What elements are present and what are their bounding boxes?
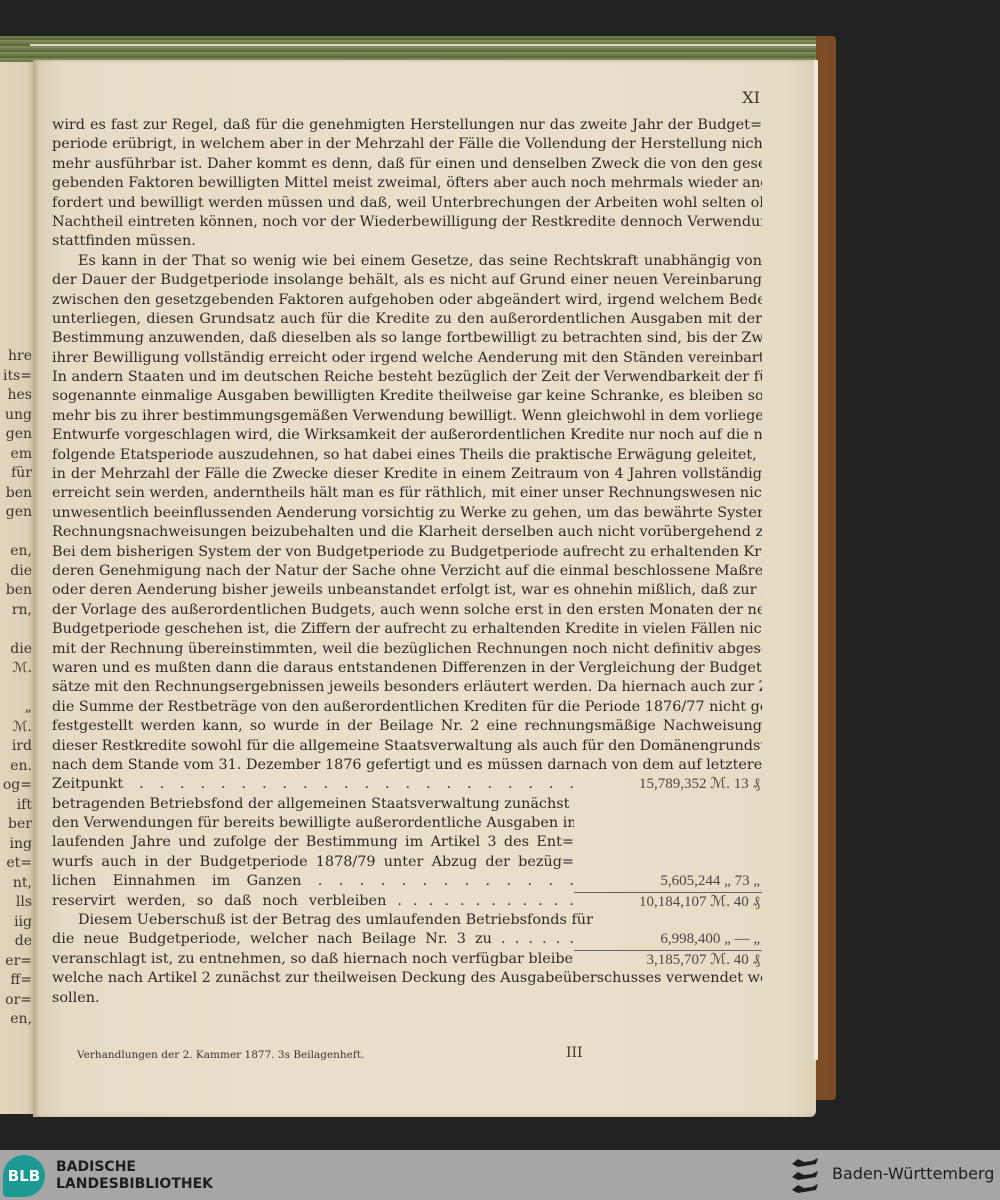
previous-page-fragment: für [0, 464, 32, 484]
previous-page-edge: hreits=hesunggenemfürbengenen,diebenrn,d… [0, 62, 34, 1114]
ledger-text: lichen Einnahmen im Ganzen . . . . . . .… [52, 872, 574, 891]
text-line: dieser Restkredite sowohl für die allgem… [52, 737, 762, 756]
previous-page-fragment [0, 620, 32, 640]
previous-page-fragment [0, 679, 32, 699]
previous-page-text: hreits=hesunggenemfürbengenen,diebenrn,d… [0, 347, 32, 1030]
previous-page-fragment: ℳ. [0, 659, 32, 679]
text-line: Entwurfe vorgeschlagen wird, die Wirksam… [52, 426, 762, 445]
ledger-row: laufenden Jahre und zufolge der Bestimmu… [52, 833, 762, 852]
edge-line [30, 44, 816, 46]
text-line: nach dem Stande vom 31. Dezember 1876 ge… [52, 756, 762, 775]
three-lions-icon[interactable] [790, 1156, 822, 1196]
ledger-row: den Verwendungen für bereits bewilligte … [52, 814, 762, 833]
previous-page-fragment: ing [0, 835, 32, 855]
text-line: In andern Staaten und im deutschen Reich… [52, 368, 762, 387]
previous-page-fragment: em [0, 445, 32, 465]
ledger-text: Diesem Ueberschuß ist der Betrag des uml… [52, 911, 600, 930]
text-line: erreicht sein werden, anderntheils hält … [52, 484, 762, 503]
previous-page-fragment: en, [0, 1010, 32, 1030]
ledger-row: lichen Einnahmen im Ganzen . . . . . . .… [52, 872, 762, 891]
scan-viewer: hreits=hesunggenemfürbengenen,diebenrn,d… [0, 0, 1000, 1150]
previous-page-fragment: en, [0, 542, 32, 562]
previous-page-fragment: iig [0, 913, 32, 933]
signature-mark: III [566, 1044, 583, 1063]
text-line: folgende Etatsperiode auszudehnen, so ha… [52, 446, 762, 465]
ledger-row: Zeitpunkt . . . . . . . . . . . . . . . … [52, 775, 762, 794]
ledger-text: laufenden Jahre und zufolge der Bestimmu… [52, 833, 574, 852]
ledger-row: wurfs auch in der Budgetperiode 1878/79 … [52, 853, 762, 872]
ledger-amount [574, 853, 762, 872]
ledger-amount [600, 911, 762, 930]
ledger-text: reservirt werden, so daß noch verbleiben… [52, 892, 574, 911]
ledger-text: Zeitpunkt . . . . . . . . . . . . . . . … [52, 775, 574, 794]
text-line: wird es fast zur Regel, daß für die gene… [52, 116, 762, 135]
previous-page-fragment: or= [0, 991, 32, 1011]
library-name[interactable]: BADISCHE LANDESBIBLIOTHEK [56, 1159, 213, 1193]
footer-note: Verhandlungen der 2. Kammer 1877. 3s Bei… [77, 1046, 364, 1065]
text-line: fordert und bewilligt werden müssen und … [52, 194, 762, 213]
state-name[interactable]: Baden-Württemberg [832, 1164, 994, 1183]
text-line: sollen. [52, 989, 762, 1008]
text-line: Rechnungsnachweisungen beizubehalten und… [52, 523, 762, 542]
page-edge [814, 60, 818, 1060]
ledger-amount [574, 795, 762, 814]
text-line: die Summe der Restbeträge von den außero… [52, 698, 762, 717]
text-line: deren Genehmigung nach der Natur der Sac… [52, 562, 762, 581]
text-line: unterliegen, diesen Grundsatz auch für d… [52, 310, 762, 329]
text-line: mehr bis zu ihrer bestimmungsgemäßen Ver… [52, 407, 762, 426]
text-line: sätze mit den Rechnungsergebnissen jewei… [52, 678, 762, 697]
text-line: der Vorlage des außerordentlichen Budget… [52, 601, 762, 620]
previous-page-fragment: ben [0, 484, 32, 504]
text-line: stattfinden müssen. [52, 232, 762, 251]
ledger-amount: 10,184,107 ℳ. 40 ₰ [574, 892, 762, 911]
previous-page-fragment: ber [0, 815, 32, 835]
text-line: zwischen den gesetzgebenden Faktoren auf… [52, 291, 762, 310]
previous-page-fragment: en. [0, 757, 32, 777]
previous-page-fragment: hre [0, 347, 32, 367]
previous-page-fragment [0, 523, 32, 543]
previous-page-fragment: ben [0, 581, 32, 601]
page-number: XI [742, 88, 760, 107]
text-line: unwesentlich beeinflussenden Aenderung v… [52, 504, 762, 523]
text-line: waren und es mußten dann die daraus ents… [52, 659, 762, 678]
previous-page-fragment: lls [0, 893, 32, 913]
text-line: ihrer Bewilligung vollständig erreicht o… [52, 349, 762, 368]
text-line: gebenden Faktoren bewilligten Mittel mei… [52, 174, 762, 193]
previous-page-fragment: og= [0, 776, 32, 796]
previous-page-fragment: ℳ. [0, 718, 32, 738]
ledger-row: veranschlagt ist, zu entnehmen, so daß h… [52, 950, 762, 969]
previous-page-fragment: et= [0, 854, 32, 874]
text-line: der Dauer der Budgetperiode insolange be… [52, 271, 762, 290]
text-line: festgestellt werden kann, so wurde in de… [52, 717, 762, 736]
previous-page-fragment: die [0, 562, 32, 582]
ledger-text: den Verwendungen für bereits bewilligte … [52, 814, 574, 833]
previous-page-fragment: hes [0, 386, 32, 406]
ledger-amount: 5,605,244 „ 73 „ [574, 872, 762, 891]
ledger-amount: 3,185,707 ℳ. 40 ₰ [574, 950, 762, 969]
ledger-amount: 15,789,352 ℳ. 13 ₰ [574, 775, 762, 794]
ledger-row: die neue Budgetperiode, welcher nach Bei… [52, 930, 762, 949]
text-line: oder deren Aenderung bisher jeweils unbe… [52, 581, 762, 600]
ledger-row: reservirt werden, so daß noch verbleiben… [52, 892, 762, 911]
previous-page-fragment: rn, [0, 601, 32, 621]
ledger-amount: 6,998,400 „ — „ [574, 930, 762, 949]
previous-page-fragment: gen [0, 503, 32, 523]
ledger-text: betragenden Betriebsfond der allgemeinen… [52, 795, 574, 814]
paragraph-lines: wird es fast zur Regel, daß für die gene… [52, 116, 762, 775]
previous-page-fragment: ung [0, 406, 32, 426]
body-text: wird es fast zur Regel, daß für die gene… [52, 116, 762, 1008]
library-name-line2: LANDESBIBLIOTHEK [56, 1176, 213, 1193]
previous-page-fragment: nt, [0, 874, 32, 894]
previous-page-fragment: ird [0, 737, 32, 757]
text-line: in der Mehrzahl der Fälle die Zwecke die… [52, 465, 762, 484]
text-line: Bestimmung anzuwenden, daß dieselben als… [52, 329, 762, 348]
previous-page-fragment: its= [0, 367, 32, 387]
ledger-text: veranschlagt ist, zu entnehmen, so daß h… [52, 950, 574, 969]
library-name-line1: BADISCHE [56, 1159, 213, 1176]
text-line: mehr ausführbar ist. Daher kommt es denn… [52, 155, 762, 174]
ledger-block: Zeitpunkt . . . . . . . . . . . . . . . … [52, 775, 762, 969]
blb-logo-icon[interactable]: BLB [3, 1155, 45, 1197]
ledger-text: wurfs auch in der Budgetperiode 1878/79 … [52, 853, 574, 872]
ledger-amount [574, 814, 762, 833]
ledger-row: Diesem Ueberschuß ist der Betrag des uml… [52, 911, 762, 930]
text-line: mit der Rechnung übereinstimmten, weil d… [52, 640, 762, 659]
ledger-row: betragenden Betriebsfond der allgemeinen… [52, 795, 762, 814]
previous-page-fragment: er= [0, 952, 32, 972]
text-line: Nachtheil eintreten können, noch vor der… [52, 213, 762, 232]
text-line: Bei dem bisherigen System der von Budget… [52, 543, 762, 562]
ledger-amount [574, 833, 762, 852]
text-line: Es kann in der That so wenig wie bei ein… [52, 252, 762, 271]
ledger-text: die neue Budgetperiode, welcher nach Bei… [52, 930, 574, 949]
footer-banner: BLB BADISCHE LANDESBIBLIOTHEK Baden-Würt… [0, 1150, 1000, 1200]
text-line: Budgetperiode geschehen ist, die Ziffern… [52, 620, 762, 639]
text-line: periode erübrigt, in welchem aber in der… [52, 135, 762, 154]
previous-page-fragment: „ [0, 698, 32, 718]
previous-page-fragment: gen [0, 425, 32, 445]
previous-page-fragment: ift [0, 796, 32, 816]
text-line: welche nach Artikel 2 zunächst zur theil… [52, 969, 762, 988]
text-line: sogenannte einmalige Ausgaben bewilligte… [52, 387, 762, 406]
previous-page-fragment: die [0, 640, 32, 660]
previous-page-fragment: ff= [0, 971, 32, 991]
document-page: XI wird es fast zur Regel, daß für die g… [33, 60, 816, 1117]
previous-page-fragment: de [0, 932, 32, 952]
closing-lines: welche nach Artikel 2 zunächst zur theil… [52, 969, 762, 1008]
